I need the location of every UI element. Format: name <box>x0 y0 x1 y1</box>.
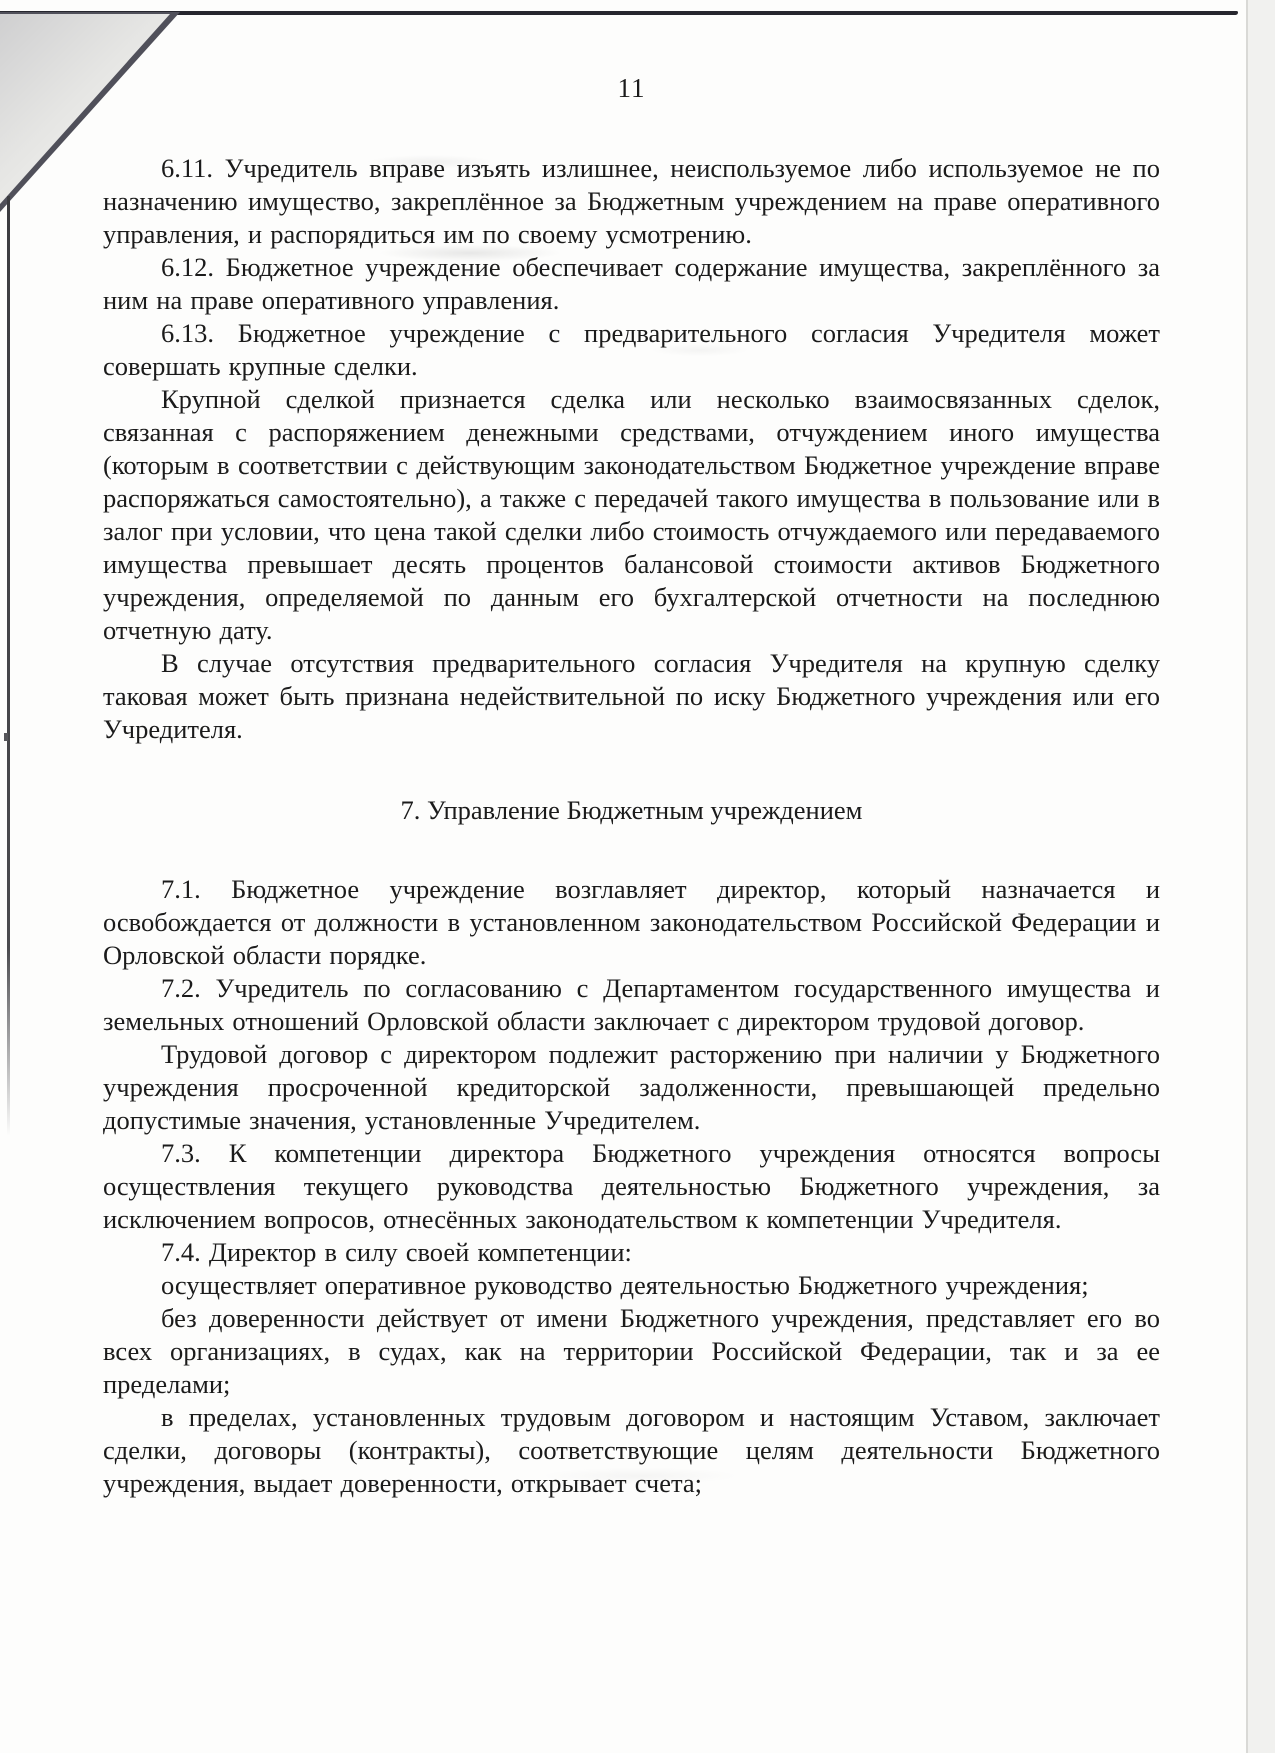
clause-7-3: 7.3. К компетенции директора Бюджетного … <box>103 1137 1160 1236</box>
clause-7-1: 7.1. Бюджетное учреждение возглавляет ди… <box>103 873 1160 972</box>
document-text-block: 11 6.11. Учредитель вправе изъять излишн… <box>103 72 1160 1500</box>
clause-6-13: 6.13. Бюджетное учреждение с предварител… <box>103 317 1160 383</box>
clause-7-4-item-contracts: в пределах, установленных трудовым догов… <box>103 1401 1160 1500</box>
section-7-heading: 7. Управление Бюджетным учреждением <box>103 794 1160 827</box>
scan-left-edge-tick <box>4 733 8 741</box>
scanned-document-page: 11 6.11. Учредитель вправе изъять излишн… <box>0 0 1275 1753</box>
scan-top-edge-line <box>0 11 1238 15</box>
clause-7-4-item-representation: без доверенности действует от имени Бюдж… <box>103 1302 1160 1401</box>
clause-6-13-invalidity: В случае отсутствия предварительного сог… <box>103 647 1160 746</box>
clause-7-4: 7.4. Директор в силу своей компетенции: <box>103 1236 1160 1269</box>
clause-6-11: 6.11. Учредитель вправе изъять излишнее,… <box>103 152 1160 251</box>
page-number: 11 <box>103 72 1160 105</box>
clause-7-4-item-management: осуществляет оперативное руководство дея… <box>103 1269 1160 1302</box>
clause-6-12: 6.12. Бюджетное учреждение обеспечивает … <box>103 251 1160 317</box>
clause-7-2: 7.2. Учредитель по согласованию с Департ… <box>103 972 1160 1038</box>
clause-7-2-termination: Трудовой договор с директором подлежит р… <box>103 1038 1160 1137</box>
scan-right-edge-band <box>1246 0 1275 1753</box>
clause-6-13-definition: Крупной сделкой признается сделка или не… <box>103 383 1160 647</box>
scan-left-edge-line <box>7 196 10 1136</box>
